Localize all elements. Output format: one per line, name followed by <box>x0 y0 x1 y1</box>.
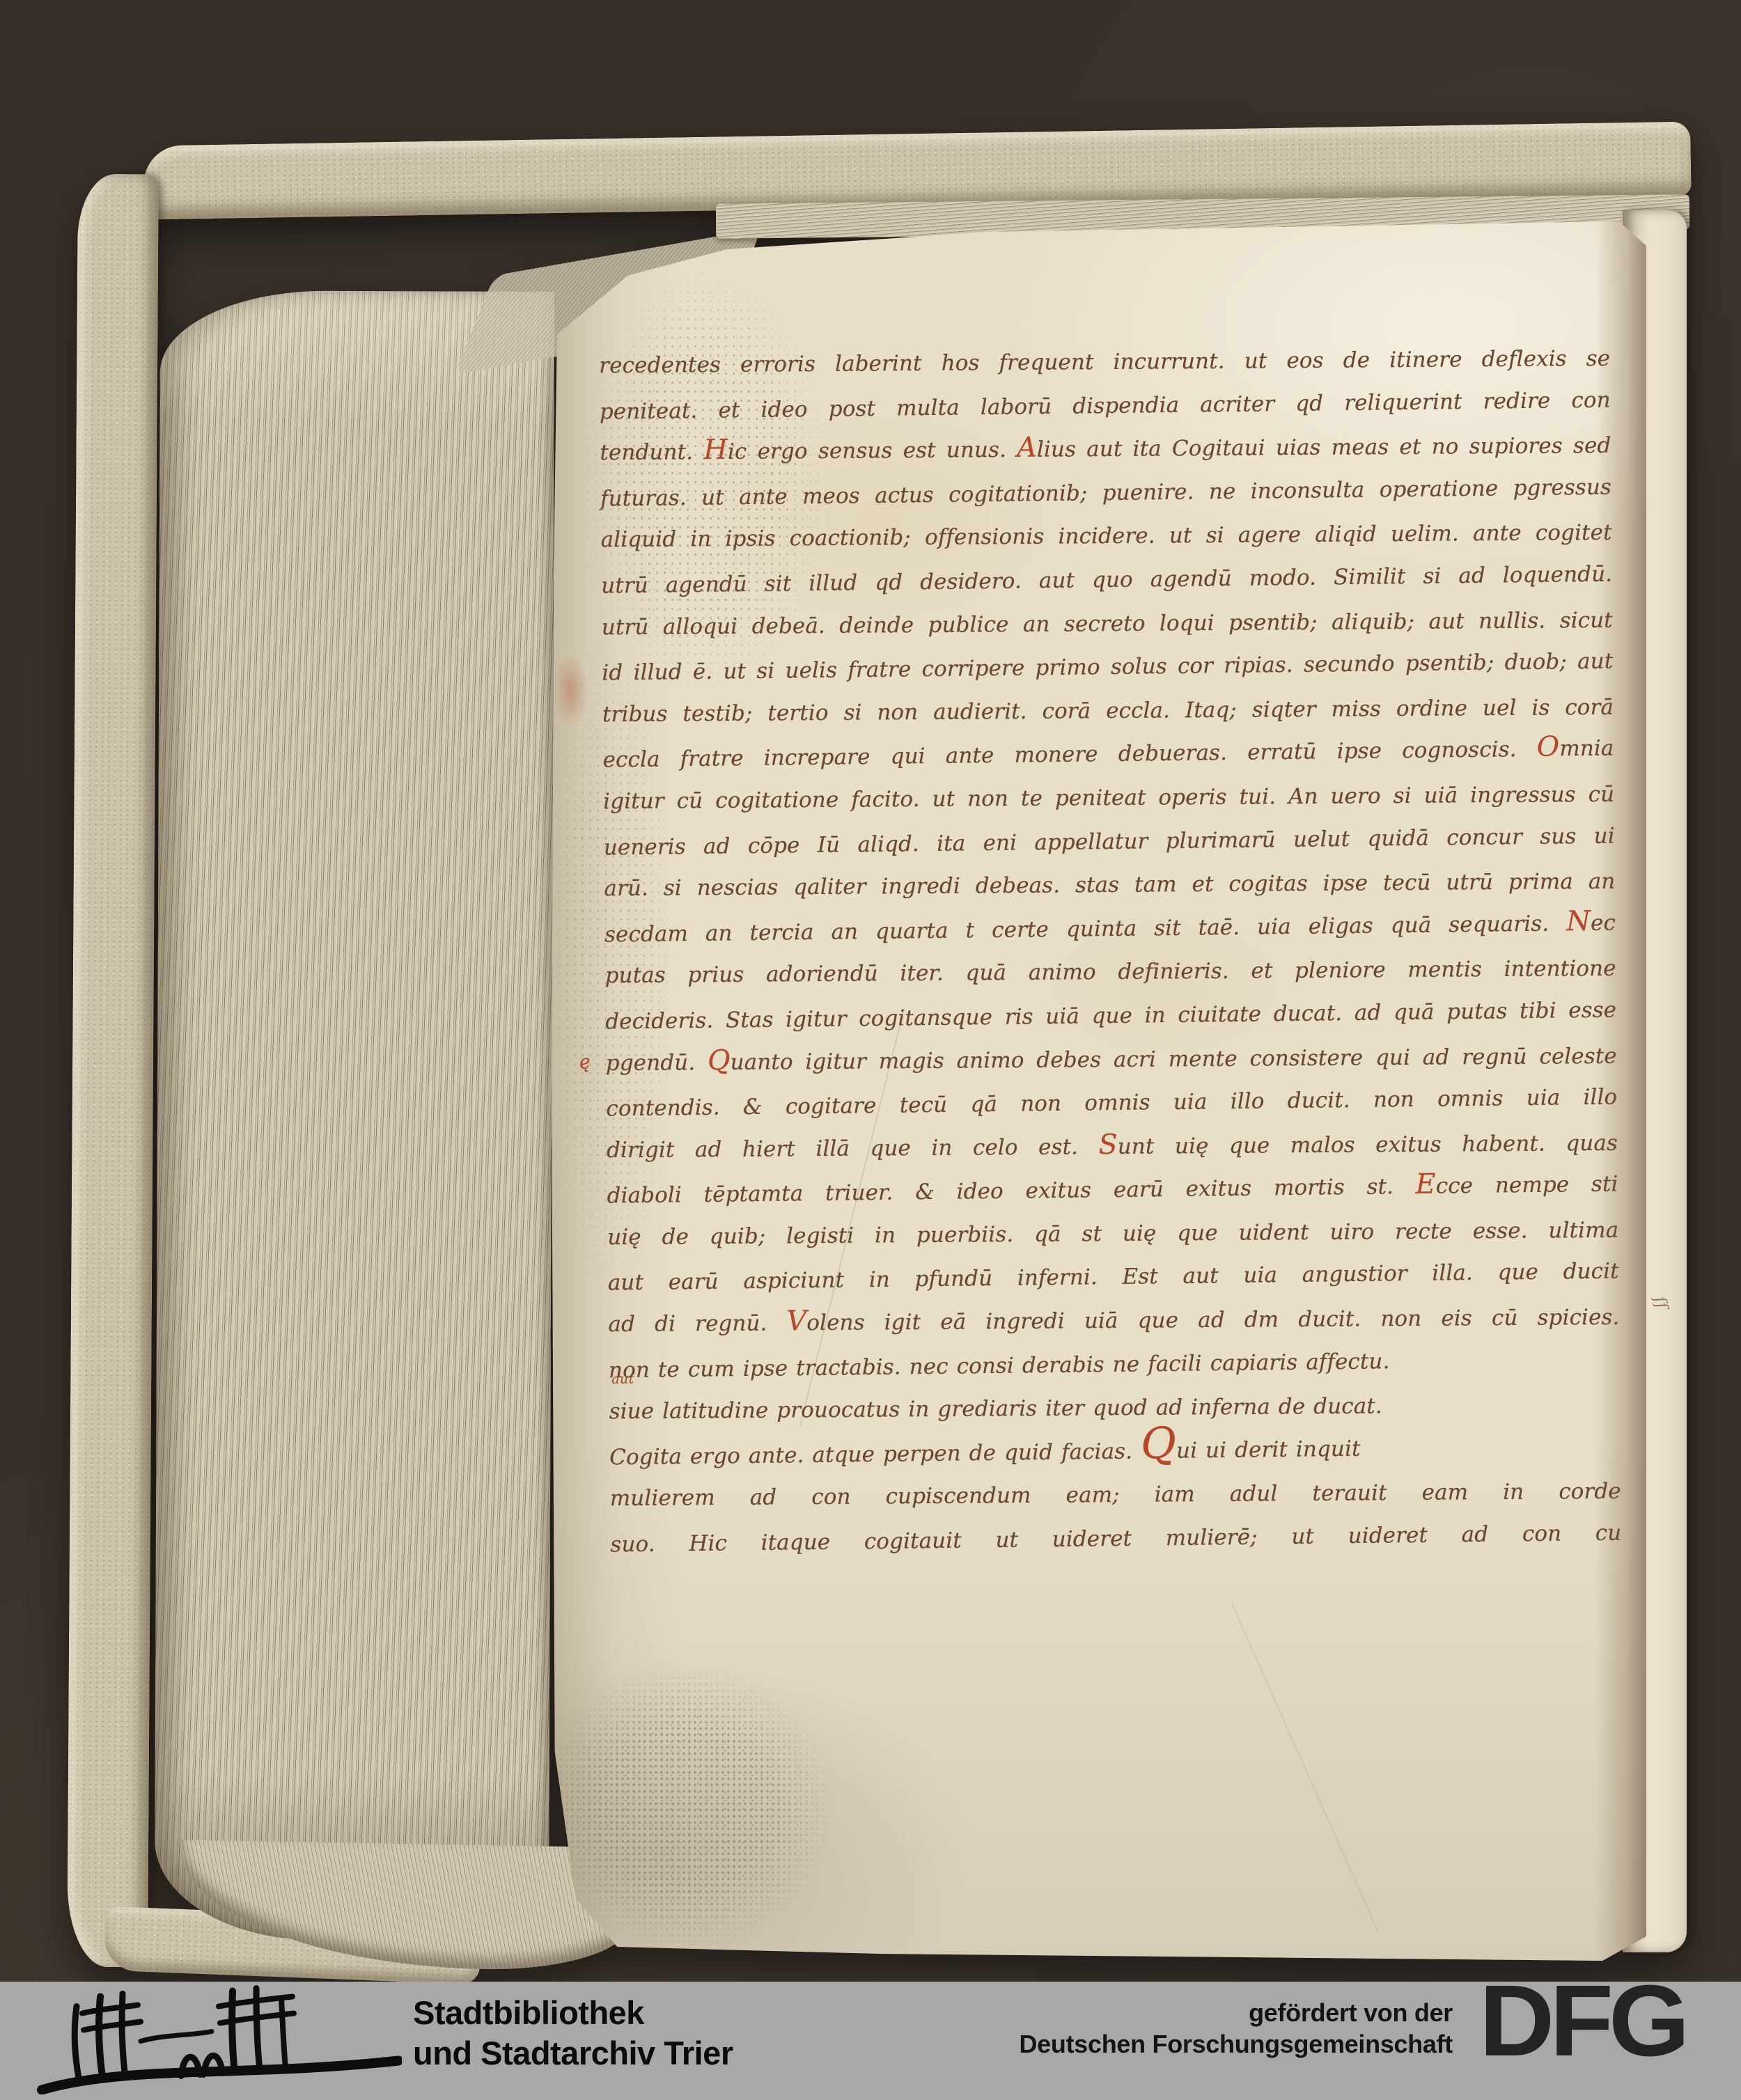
manuscript-line: futuras. ut ante meos actus cogitationib… <box>600 471 1612 526</box>
text-segment: non te cum ipse tractabis. nec consi der… <box>609 1349 1390 1383</box>
text-segment: ic ergo sensus est unus. <box>728 437 1017 464</box>
rubric-initial: Q <box>708 1044 731 1076</box>
text-segment: igitur cū cogitatione facito. ut non te … <box>603 782 1614 814</box>
rubric-initial: N <box>1566 905 1591 937</box>
text-segment: ad di regnū. <box>608 1310 786 1337</box>
rubric-initial: O <box>1536 731 1559 763</box>
interlinear-correction: aut <box>611 1372 634 1387</box>
manuscript-line: eccla fratre increpare qui ante monere d… <box>602 732 1614 788</box>
rubric-initial: E <box>1415 1168 1436 1200</box>
rubric-initial: Q <box>1141 1418 1177 1469</box>
manuscript-line: uię de quib; legisti in puerbiis. qā st … <box>607 1214 1618 1265</box>
manuscript-line: secdam an tercia an quarta t certe quint… <box>604 907 1616 962</box>
page-edges-left-stack <box>155 290 554 1941</box>
text-segment: uanto igitur magis animo debes acri ment… <box>731 1043 1617 1074</box>
facing-page-pen-mark: ſſ <box>1650 1295 1671 1311</box>
text-segment: utrū agendū sit illud qd desidero. aut q… <box>601 561 1612 598</box>
manuscript-line: utrū agendū sit illud qd desidero. aut q… <box>601 558 1613 613</box>
text-segment: recedentes erroris laberint hos frequent… <box>599 346 1610 378</box>
manuscript-line: pgendū. Quanto igitur magis animo debes … <box>606 1040 1617 1090</box>
manuscript-line: aut earū aspiciunt in pfundū inferni. Es… <box>608 1255 1620 1311</box>
manuscript-line: putas prius adoriendū iter. quā animo de… <box>604 953 1616 1003</box>
text-segment: pgendū. <box>606 1050 708 1076</box>
library-name-line2: und Stadtarchiv Trier <box>413 2033 733 2074</box>
text-segment: eccla fratre increpare qui ante monere d… <box>602 737 1537 773</box>
manuscript-line: siue latitudine prouocatus in grediaris … <box>609 1389 1507 1439</box>
manuscript-line: tribus testib; tertio si non audierit. c… <box>602 691 1614 742</box>
book: ſſ aut ę recedentes erroris laberint hos… <box>0 0 1741 2100</box>
text-segment: suo. Hic itaque cogitauit ut uideret mul… <box>610 1520 1621 1557</box>
manuscript-line: igitur cū cogitatione facito. ut non te … <box>603 778 1614 829</box>
manuscript-line: non te cum ipse tractabis. nec consi der… <box>609 1344 1508 1398</box>
text-segment: tendunt. <box>600 439 703 465</box>
text-segment: aliquid in ipsis coactionib; offensionis… <box>601 520 1612 552</box>
text-segment: uię de quib; legisti in puerbiis. qā st … <box>607 1218 1618 1250</box>
parchment-speckles <box>540 625 680 1308</box>
text-segment: ueneris ad cōpe Iū aliqd. ita eni appell… <box>604 823 1615 860</box>
text-segment: unt uię que malos exitus habent. quas <box>1118 1130 1618 1159</box>
text-segment: diaboli tēptamta triuer. & ideo exitus e… <box>607 1174 1415 1209</box>
text-segment: lius aut ita Cogitaui uias meas et no su… <box>1037 433 1611 462</box>
manuscript-line: decideris. Stas igitur cogitansque ris u… <box>605 994 1617 1049</box>
manuscript-line: id illud ē. ut si uelis fratre corripere… <box>602 645 1614 701</box>
rubric-initial: A <box>1017 432 1037 464</box>
text-segment: dirigit ad hiert illā que in celo est. <box>607 1134 1099 1163</box>
library-name: Stadtbibliothek und Stadtarchiv Trier <box>413 1993 733 2074</box>
text-segment: id illud ē. ut si uelis fratre corripere… <box>602 649 1613 686</box>
funding-credit-line2: Deutschen Forschungsgemeinschaft <box>1019 2028 1453 2060</box>
manuscript-scan-page: ſſ aut ę recedentes erroris laberint hos… <box>0 0 1741 2100</box>
stadtbibliothek-trier-logo-icon <box>36 1984 402 2094</box>
manuscript-line: aliquid in ipsis coactionib; offensionis… <box>600 517 1611 567</box>
funding-credit: gefördert von der Deutschen Forschungsge… <box>1019 1997 1453 2060</box>
margin-rubric-mark: ę <box>578 1051 593 1074</box>
manuscript-line: ueneris ad cōpe Iū aliqd. ita eni appell… <box>604 820 1616 875</box>
text-segment: tribus testib; tertio si non audierit. c… <box>602 695 1614 727</box>
manuscript-line: ad di regnū. Volens igit eā ingredi uiā … <box>608 1301 1619 1352</box>
text-segment: siue latitudine prouocatus in grediaris … <box>609 1394 1382 1425</box>
funding-credit-line1: gefördert von der <box>1019 1997 1453 2028</box>
text-segment: contendis. & cogitare tecū qā non omnis … <box>606 1085 1617 1122</box>
text-segment: ec <box>1591 910 1616 935</box>
manuscript-line: tendunt. Hic ergo sensus est unus. Alius… <box>600 430 1611 480</box>
dfg-logo: DFG <box>1479 1966 1685 2074</box>
manuscript-text: aut ę recedentes erroris laberint hos fr… <box>599 341 1622 1571</box>
text-segment: arū. si nescias qaliter ingredi debeas. … <box>604 869 1615 901</box>
manuscript-line: dirigit ad hiert illā que in celo est. S… <box>607 1127 1618 1177</box>
text-segment: mnia <box>1559 736 1614 762</box>
text-segment: futuras. ut ante meos actus cogitationib… <box>600 474 1611 511</box>
rubric-initial: V <box>786 1305 806 1337</box>
manuscript-line: Cogita ergo ante. atque perpen de quid f… <box>609 1431 1508 1485</box>
digitization-footer-banner: Stadtbibliothek und Stadtarchiv Trier ge… <box>0 1982 1741 2100</box>
text-segment: Cogita ergo ante. atque perpen de quid f… <box>609 1439 1141 1470</box>
parchment-page: aut ę recedentes erroris laberint hos fr… <box>552 221 1646 1961</box>
parchment-crease <box>1230 1601 1379 1933</box>
manuscript-line: utrū alloqui debeā. deinde publice an se… <box>602 604 1613 655</box>
text-segment: decideris. Stas igitur cogitansque ris u… <box>605 997 1616 1034</box>
manuscript-line: arū. si nescias qaliter ingredi debeas. … <box>604 865 1615 916</box>
manuscript-line: peniteat. et ideo post multa laborū disp… <box>600 384 1611 439</box>
manuscript-line: diaboli tēptamta triuer. & ideo exitus e… <box>607 1168 1618 1224</box>
manuscript-line: suo. Hic itaque cogitauit ut uideret mul… <box>610 1517 1622 1572</box>
rubric-initial: H <box>703 434 728 466</box>
text-segment: ui ui derit inquit <box>1176 1436 1361 1464</box>
parchment-speckles <box>577 260 834 706</box>
text-segment: putas prius adoriendū iter. quā animo de… <box>605 956 1616 988</box>
manuscript-line: recedentes erroris laberint hos frequent… <box>599 343 1610 393</box>
library-name-line1: Stadtbibliothek <box>413 1993 733 2033</box>
text-segment: utrū alloqui debeā. deinde publice an se… <box>602 607 1613 639</box>
text-segment: aut earū aspiciunt in pfundū inferni. Es… <box>608 1259 1619 1296</box>
manuscript-line: mulierem ad con cupiscendum eam; iam adu… <box>610 1475 1621 1526</box>
rubric-initial: S <box>1098 1129 1118 1161</box>
manuscript-line: contendis. & cogitare tecū qā non omnis … <box>606 1081 1618 1137</box>
text-segment: cce nempe sti <box>1436 1172 1618 1199</box>
ink-smudge <box>546 638 595 742</box>
text-segment: olens igit eā ingredi uiā que ad dm duci… <box>806 1305 1619 1335</box>
book-cover-left-edge <box>67 174 159 1968</box>
text-segment: mulierem ad con cupiscendum eam; iam adu… <box>610 1479 1621 1511</box>
parchment-crease <box>799 1008 905 1427</box>
text-segment: peniteat. et ideo post multa laborū disp… <box>600 387 1611 424</box>
text-segment: secdam an tercia an quarta t certe quint… <box>604 911 1567 947</box>
